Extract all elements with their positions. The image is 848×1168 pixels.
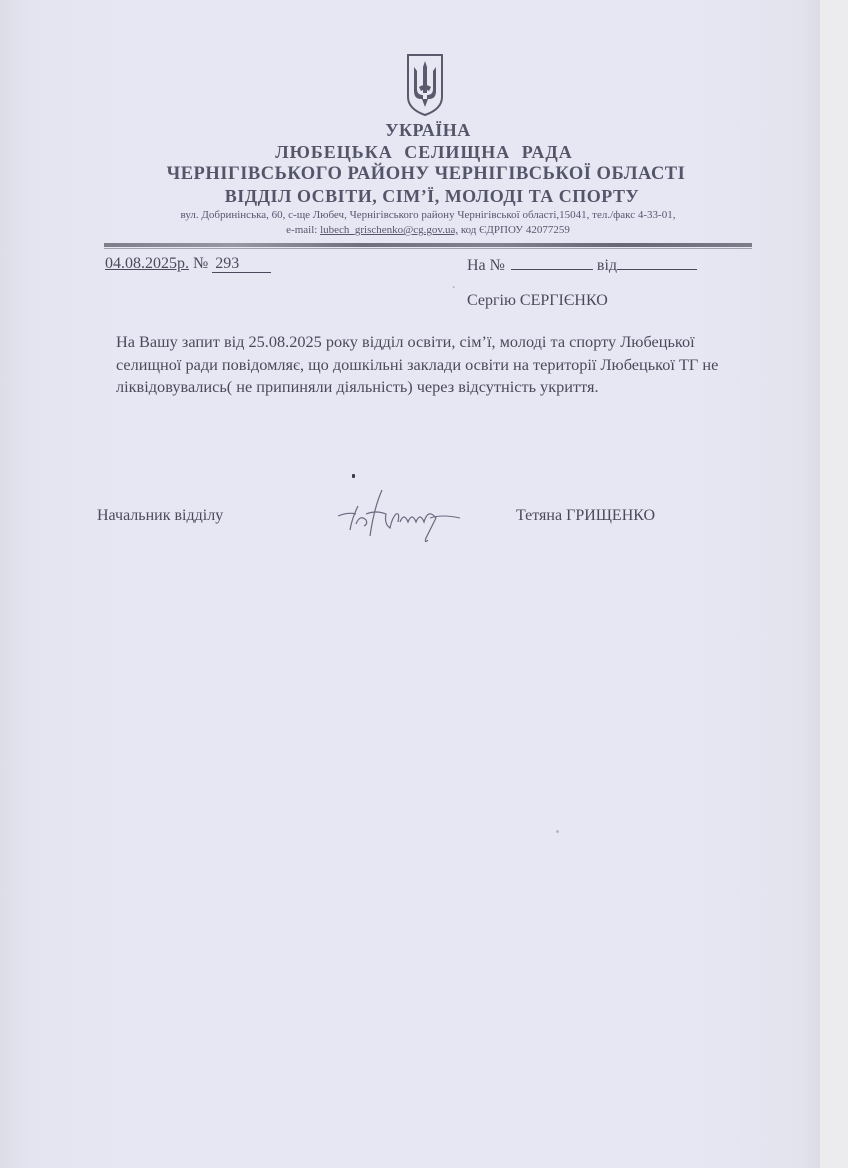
incoming-reference: На № від [467, 255, 697, 275]
edrpou-code: код ЄДРПОУ 42077259 [458, 224, 570, 236]
document-date: 04.08.2025р. [105, 255, 189, 272]
letterhead-department: ВІДДІЛ ОСВІТИ, СІМ’Ї, МОЛОДІ ТА СПОРТУ [8, 186, 848, 207]
letterhead-address: вул. Добринінська, 60, с-ще Любеч, Черні… [4, 209, 848, 221]
signatory-name: Тетяна ГРИЩЕНКО [516, 507, 655, 525]
email-label: e-mail: [286, 224, 320, 236]
handwritten-signature-icon [330, 478, 470, 548]
document-number: 293 [212, 256, 271, 273]
scan-mark: ` [452, 286, 455, 297]
letter-page: УКРАЇНА ЛЮБЕЦЬКА СЕЛИЩНА РАДА ЧЕРНІГІВСЬ… [0, 0, 820, 1168]
email-link[interactable]: lubech_grischenko@cg.gov.ua, [320, 224, 458, 236]
body-paragraph: На Вашу запит від 25.08.2025 року відділ… [97, 331, 747, 399]
scan-speck [556, 830, 559, 833]
from-label: від [593, 257, 617, 274]
letterhead-divider-thin [104, 248, 752, 249]
outgoing-reference: 04.08.2025р. № 293 [105, 255, 271, 273]
letterhead-district: ЧЕРНІГІВСЬКОГО РАЙОНУ ЧЕРНІГІВСЬКОЇ ОБЛА… [2, 164, 848, 185]
scan-edge [820, 0, 848, 1168]
reply-to-label: На № [467, 257, 505, 274]
letterhead-council: ЛЮБЕЦЬКА СЕЛИЩНА РАДА [0, 142, 848, 163]
letterhead-contacts: e-mail: lubech_grischenko@cg.gov.ua, код… [4, 224, 848, 236]
number-label: № [189, 255, 212, 272]
addressee: Сергію СЕРГІЄНКО [467, 292, 608, 310]
letter-body: На Вашу запит від 25.08.2025 року відділ… [97, 331, 747, 399]
reply-to-date-blank [617, 255, 697, 270]
reply-to-number-blank [511, 255, 593, 270]
trident-coat-of-arms-icon [405, 53, 445, 117]
letterhead-country: УКРАЇНА [4, 120, 848, 141]
letterhead-divider [104, 243, 752, 247]
signatory-title: Начальник відділу [97, 507, 223, 525]
